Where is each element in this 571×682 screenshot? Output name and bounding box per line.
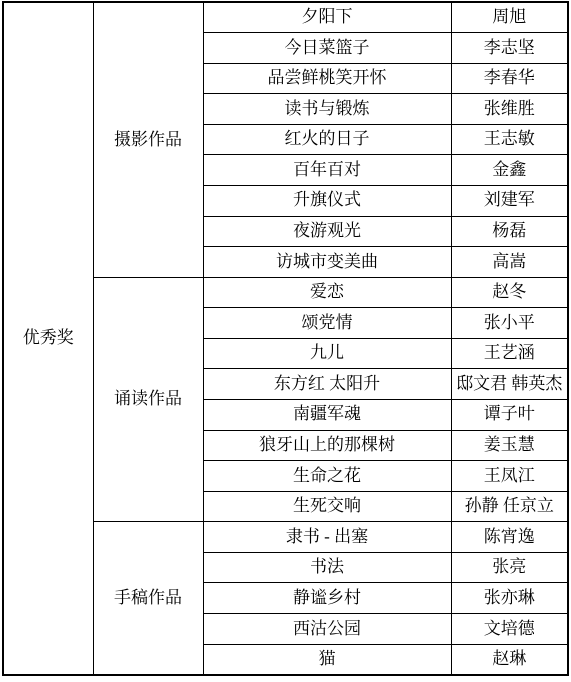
author-cell: 高嵩 <box>451 247 568 278</box>
author-cell: 张维胜 <box>451 94 568 125</box>
work-cell: 爱恋 <box>203 277 451 308</box>
author-cell: 周旭 <box>451 2 568 33</box>
work-cell: 九儿 <box>203 338 451 369</box>
table-row: 优秀奖摄影作品夕阳下周旭 <box>3 2 568 33</box>
work-cell: 西沽公园 <box>203 614 451 645</box>
author-cell: 张亦琳 <box>451 583 568 614</box>
work-cell: 升旗仪式 <box>203 185 451 216</box>
author-cell: 文培德 <box>451 614 568 645</box>
work-cell: 东方红 太阳升 <box>203 369 451 400</box>
category-cell-0: 摄影作品 <box>93 2 203 277</box>
author-cell: 杨磊 <box>451 216 568 247</box>
award-table-body: 优秀奖摄影作品夕阳下周旭今日菜篮子李志坚品尝鲜桃笑开怀李春华读书与锻炼张维胜红火… <box>3 2 568 675</box>
author-cell: 刘建军 <box>451 185 568 216</box>
work-cell: 生命之花 <box>203 461 451 492</box>
author-cell: 金鑫 <box>451 155 568 186</box>
work-cell: 狼牙山上的那棵树 <box>203 430 451 461</box>
work-cell: 静谧乡村 <box>203 583 451 614</box>
work-cell: 百年百对 <box>203 155 451 186</box>
work-cell: 夜游观光 <box>203 216 451 247</box>
category-cell-2: 手稿作品 <box>93 522 203 675</box>
work-cell: 访城市变美曲 <box>203 247 451 278</box>
work-cell: 生死交响 <box>203 491 451 522</box>
work-cell: 品尝鲜桃笑开怀 <box>203 63 451 94</box>
author-cell: 张亮 <box>451 552 568 583</box>
author-cell: 陈宵逸 <box>451 522 568 553</box>
work-cell: 今日菜篮子 <box>203 33 451 64</box>
author-cell: 姜玉慧 <box>451 430 568 461</box>
work-cell: 红火的日子 <box>203 124 451 155</box>
work-cell: 颂党情 <box>203 308 451 339</box>
work-cell: 隶书 - 出塞 <box>203 522 451 553</box>
author-cell: 邸文君 韩英杰 <box>451 369 568 400</box>
author-cell: 谭子叶 <box>451 400 568 431</box>
author-cell: 赵琳 <box>451 644 568 675</box>
author-cell: 李春华 <box>451 63 568 94</box>
work-cell: 猫 <box>203 644 451 675</box>
work-cell: 南疆军魂 <box>203 400 451 431</box>
author-cell: 王志敏 <box>451 124 568 155</box>
author-cell: 赵冬 <box>451 277 568 308</box>
category-cell-1: 诵读作品 <box>93 277 203 522</box>
work-cell: 书法 <box>203 552 451 583</box>
author-cell: 王凤江 <box>451 461 568 492</box>
awards-page: 优秀奖摄影作品夕阳下周旭今日菜篮子李志坚品尝鲜桃笑开怀李春华读书与锻炼张维胜红火… <box>0 0 571 682</box>
work-cell: 读书与锻炼 <box>203 94 451 125</box>
author-cell: 张小平 <box>451 308 568 339</box>
work-cell: 夕阳下 <box>203 2 451 33</box>
award-cell: 优秀奖 <box>3 2 93 675</box>
author-cell: 王艺涵 <box>451 338 568 369</box>
author-cell: 孙静 任京立 <box>451 491 568 522</box>
award-table: 优秀奖摄影作品夕阳下周旭今日菜篮子李志坚品尝鲜桃笑开怀李春华读书与锻炼张维胜红火… <box>2 1 569 676</box>
author-cell: 李志坚 <box>451 33 568 64</box>
